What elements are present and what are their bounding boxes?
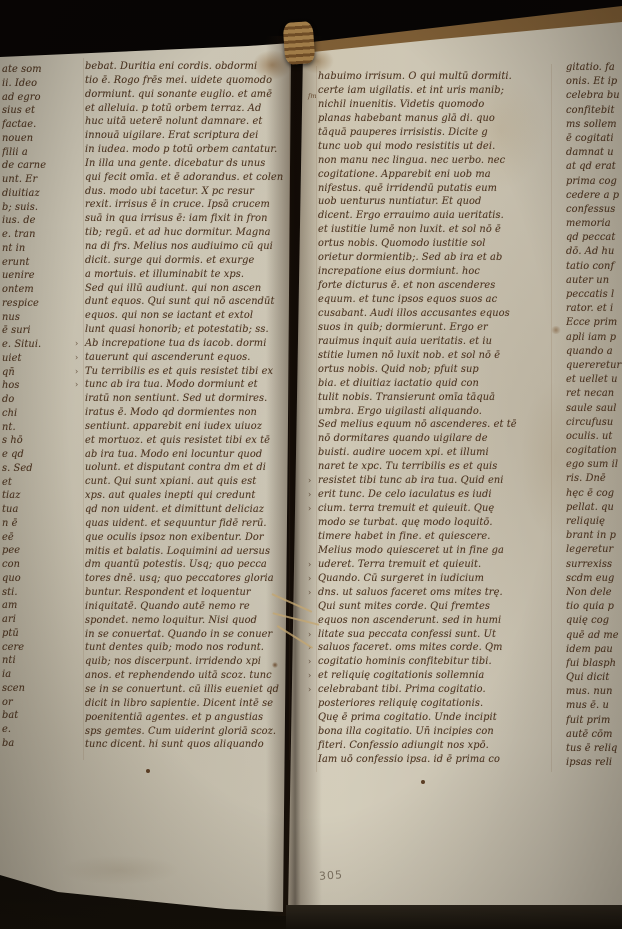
text-line: In illa una gente. dicebatur ds unus [85, 157, 293, 171]
line-text: resistet tibi tunc ab ira tua. Quid eni [318, 475, 504, 486]
line-text: fui blasph [566, 658, 616, 669]
line-text: brant in p [566, 530, 616, 541]
line-text: ab ira tua. Modo eni locuntur quod [85, 449, 262, 460]
diple-quote-mark: › [308, 474, 311, 488]
line-text: modo se turbat. quę modo loquitō. [318, 517, 493, 528]
text-line: ba [2, 737, 59, 751]
text-line: in iudea. modo p totū orbem cantatur. [85, 143, 293, 157]
line-text: dus. modo ubi tacetur. X pc resur [85, 186, 254, 197]
line-text: poenitentiā agentes. et p angustias [85, 712, 263, 723]
text-line: uiet [2, 352, 59, 366]
text-line: onis. Et ip [566, 75, 622, 89]
line-text: tio ē. Rogo frēs mei. uidete quomodo [85, 75, 272, 86]
line-text: ret necan [566, 388, 614, 399]
line-text: idem pau [566, 644, 613, 655]
line-text: umbra. Ergo uigilasti aliquando. [318, 406, 482, 417]
line-text: cusabant. Audi illos accusantes equos [318, 308, 510, 319]
line-text: tores dnē. usq; quo peccatores gloria [85, 573, 274, 584]
line-text: qd non uident. et dimittunt deliciaz [85, 504, 264, 515]
text-line: Non dele [566, 586, 622, 600]
text-line: ›cogitatio hominis confitebitur tibi. [318, 655, 552, 669]
text-line: e qd [2, 448, 59, 462]
line-text: nō dormitares quando uigilare de [318, 433, 488, 444]
text-line: nti [2, 654, 59, 668]
text-line: qd non uident. et dimittunt deliciaz [85, 503, 293, 517]
text-line: innouā uigilare. Erat scriptura dei [85, 129, 293, 143]
line-text: surrexiss [566, 559, 612, 570]
book-tail-edge [286, 905, 622, 929]
line-text: ms sollem [566, 119, 617, 130]
text-line: ii. Ideo [2, 77, 59, 91]
line-text: de carne [2, 160, 46, 171]
line-text: dunt equos. Qui sunt qui nō ascendūt [85, 296, 275, 307]
line-text: b; suis. [2, 202, 38, 213]
text-line: ›erit tunc. De celo iaculatus es iudi [318, 488, 552, 502]
text-line: sentiunt. apparebit eni iudex uiuoz [85, 420, 293, 434]
line-text: increpatione eius dormiunt. hoc [318, 266, 480, 277]
text-line: dicit. surge qui dormis. et exurge [85, 254, 293, 268]
line-text: fuit prim [566, 715, 610, 726]
text-line: dō. Ad hu [566, 245, 622, 259]
text-line: brant in p [566, 529, 622, 543]
line-text: mitis et balatis. Loquimini ad uersus [85, 546, 270, 557]
text-line: iratus ē. Modo qd dormientes non [85, 406, 293, 420]
line-text: et mortuoz. et quis resistet tibi ex tē [85, 435, 270, 446]
line-text: legeretur [566, 544, 613, 555]
line-text: scen [2, 683, 25, 694]
text-line: mitis et balatis. Loquimini ad uersus [85, 545, 293, 559]
line-text: hos [2, 380, 20, 391]
text-line: qn̄ [2, 366, 59, 380]
line-text: timere habet in fine. et quiescere. [318, 531, 490, 542]
text-line: de carne [2, 159, 59, 173]
text-line: et alleluia. p totū orbem terraz. Ad [85, 102, 293, 116]
text-line: forte dicturus ē. et non ascenderes [318, 279, 552, 293]
text-line: cunt. Qui sunt xpiani. aut quis est [85, 475, 293, 489]
text-line: Qui dicit [566, 671, 622, 685]
line-text: am [2, 600, 17, 611]
text-line: factae. [2, 118, 59, 132]
line-text: Iam uō confessio ipsa. id ē prima co [318, 754, 500, 765]
text-line: tio ē. Rogo frēs mei. uidete quomodo [85, 74, 293, 88]
line-text: uolunt. et disputant contra dm et di [85, 462, 266, 473]
text-line: tatio conf [566, 260, 622, 274]
line-text: at qd erat [566, 161, 616, 172]
line-text: erunt [2, 257, 30, 268]
text-line: fui blasph [566, 657, 622, 671]
text-line: eē [2, 531, 59, 545]
text-line: ›Ab increpatione tua ds iacob. dormi [85, 337, 293, 351]
text-line: ›et reliquię cogitationis sollemnia [318, 669, 552, 683]
text-line: buisti. audire uocem xpi. et illumi [318, 446, 552, 460]
line-text: litate sua peccata confessi sunt. Ut [318, 629, 496, 640]
diple-quote-mark: › [308, 669, 311, 683]
text-line: qui fecit omīa. et ē adorandus. et colen [85, 171, 293, 185]
line-text: ius. de [2, 215, 35, 226]
line-text: saule saul [566, 403, 617, 414]
text-line: ortus nobis. Quid nob; pfuit sup [318, 363, 552, 377]
text-line: autē cōm [566, 728, 622, 742]
text-line: quib; nos discerpunt. irridendo xpi [85, 655, 293, 669]
line-text: que oculis ipsoz non exibentur. Dor [85, 532, 264, 543]
line-text: ortus nobis. Quomodo iustitie sol [318, 238, 485, 249]
text-line: cusabant. Audi illos accusantes equos [318, 307, 552, 321]
text-line: ipsas reli [566, 756, 622, 770]
text-line: rexit. irrisus ē in cruce. Ipsā crucem [85, 198, 293, 212]
line-text: factae. [2, 119, 36, 130]
text-line: ›saluos faceret. oms mites corde. Qm [318, 641, 552, 655]
line-text: equos non ascenderunt. sed in humi [318, 615, 501, 626]
text-line: stitie lumen nō luxit nob. et sol nō ē [318, 349, 552, 363]
line-text: or [2, 697, 13, 708]
text-line: ›celebrabant tibi. Prima cogitatio. [318, 683, 552, 697]
margin-correction-mark: ſm [308, 92, 317, 100]
text-line: tulit nobis. Transierunt omīa tāquā [318, 391, 552, 405]
line-text: rexit. irrisus ē in cruce. Ipsā crucem [85, 199, 270, 210]
text-line: anos. et rephendendo uitā scoz. tunc [85, 669, 293, 683]
line-text: ad egro [2, 92, 41, 103]
text-line: fuit prim [566, 714, 622, 728]
line-text: bat [2, 710, 18, 721]
line-text: et reliquię cogitationis sollemnia [318, 670, 484, 681]
text-line: bia. et diuitiaz iactatio quid con [318, 377, 552, 391]
section-end-dot [421, 780, 425, 784]
line-text: a mortuis. et illuminabit te xps. [85, 269, 244, 280]
line-text: habuimo irrisum. O qui multū dormiti. [318, 71, 512, 82]
text-line: at qd erat [566, 160, 622, 174]
line-text: iratus ē. Modo qd dormientes non [85, 407, 257, 418]
line-text: dicent. Ergo errauimo auia ueritatis. [318, 210, 504, 221]
text-line: memoria [566, 217, 622, 231]
text-line: reliquię [566, 515, 622, 529]
diple-quote-mark: › [75, 337, 78, 351]
text-line: Ecce prim [566, 316, 622, 330]
text-line: Quę ē prima cogitatio. Unde incipit [318, 711, 552, 725]
text-line: erunt [2, 256, 59, 270]
line-text: do [2, 394, 14, 405]
text-line: scen [2, 682, 59, 696]
text-line: bona illa cogitatio. Un̄ incipies con [318, 725, 552, 739]
ruling-line [83, 58, 84, 760]
text-line: naret te xpc. Tu terribilis es et quis [318, 460, 552, 474]
text-line: ›Quando. Cū surgeret in iudicium [318, 572, 552, 586]
text-line: et [2, 476, 59, 490]
text-line: quando a [566, 345, 622, 359]
line-text: erit tunc. De celo iaculatus es iudi [318, 489, 492, 500]
text-line: gitatio. fa [566, 61, 622, 75]
diple-quote-mark: › [75, 365, 78, 379]
line-text: lunt quasi honorib; et potestatib; ss. [85, 324, 269, 335]
line-text: tus ē reliq [566, 743, 617, 754]
text-line: tua [2, 503, 59, 517]
text-line: mus ē. u [566, 699, 622, 713]
text-line: lunt quasi honorib; et potestatib; ss. [85, 323, 293, 337]
text-line: nichil inuenitis. Videtis quomodo [318, 98, 552, 112]
diple-quote-mark: › [75, 351, 78, 365]
line-text: fiteri. Confessio adiungit nos xpō. [318, 740, 489, 751]
line-text: e qd [2, 449, 24, 460]
text-line: dm quantū potestis. Usq; quo pecca [85, 558, 293, 572]
line-text: tiaz [2, 490, 20, 501]
line-text: respice [2, 298, 39, 309]
line-text: se in se conuertunt. cū illis eueniet qd [85, 684, 279, 695]
line-text: nti [2, 655, 16, 666]
text-line: unt. Er [2, 173, 59, 187]
text-line: pee [2, 544, 59, 558]
line-text: nifestus. quē irridendū putatis eum [318, 183, 497, 194]
text-line: cedere a p [566, 189, 622, 203]
line-text: quię cog [566, 615, 609, 626]
line-text: dō. Ad hu [566, 246, 614, 257]
text-line: sps gemtes. Cum uiderint gloriā scoz. [85, 725, 293, 739]
text-line: filii a [2, 146, 59, 160]
line-text: innouā uigilare. Erat scriptura dei [85, 130, 258, 141]
line-text: tunc uob qui modo resistitis ut dei. [318, 141, 495, 152]
text-line: respice [2, 297, 59, 311]
text-line: quas uident. et sequuntur fidē rerū. [85, 517, 293, 531]
diple-quote-mark: › [308, 488, 311, 502]
text-line: ad egro [2, 91, 59, 105]
line-text: confessus [566, 204, 615, 215]
line-text: iniquitatē. Quando autē nemo re [85, 601, 250, 612]
text-line: spondet. nemo loquitur. Nisi quod [85, 614, 293, 628]
line-text: gitatio. fa [566, 62, 615, 73]
line-text: damnat u [566, 147, 614, 158]
text-line: oculis. ut [566, 430, 622, 444]
text-line: nifestus. quē irridendū putatis eum [318, 182, 552, 196]
text-line: qd peccat [566, 231, 622, 245]
text-line: ›resistet tibi tunc ab ira tua. Quid eni [318, 474, 552, 488]
line-text: buntur. Respondent et loquentur [85, 587, 251, 598]
text-line: ›tunc ab ira tua. Modo dormiunt et [85, 378, 293, 392]
line-text: tulit nobis. Transierunt omīa tāquā [318, 392, 495, 403]
line-text: certe iam uigilatis. et int uris manib; [318, 85, 504, 96]
text-line: modo se turbat. quę modo loquitō. [318, 516, 552, 530]
text-line: sius et [2, 104, 59, 118]
text-line: iniquitatē. Quando autē nemo re [85, 600, 293, 614]
line-text: pellat. qu [566, 502, 614, 513]
line-text: quib; nos discerpunt. irridendo xpi [85, 656, 261, 667]
line-text: Non dele [566, 587, 612, 598]
text-line: equos non ascenderunt. sed in humi [318, 614, 552, 628]
line-text: Ab increpatione tua ds iacob. dormi [85, 338, 266, 349]
line-text: uiet [2, 353, 22, 364]
text-line: celebra bu [566, 89, 622, 103]
text-line: equum. et tunc ipsos equos suos ac [318, 293, 552, 307]
text-line: xps. aut quales inepti qui credunt [85, 489, 293, 503]
diple-quote-mark: › [75, 378, 78, 392]
text-line: sti. [2, 586, 59, 600]
line-text: uob uenturus nuntiatur. Et quod [318, 196, 481, 207]
line-text: suos in quib; dormierunt. Ergo er [318, 322, 488, 333]
line-text: equos. qui non se iactant et extol [85, 310, 253, 321]
text-line: nouen [2, 132, 59, 146]
text-line: tunt dentes quib; modo nos rodunt. [85, 641, 293, 655]
text-line: b; suis. [2, 201, 59, 215]
text-line: dicent. Ergo errauimo auia ueritatis. [318, 209, 552, 223]
right-page-text-column: habuimo irrisum. O qui multū dormiti.cer… [318, 70, 552, 767]
left-page-cropped-column: ate somii. Ideoad egrosius etfactae.noue… [2, 63, 59, 763]
text-line: nus [2, 311, 59, 325]
text-line: dus. modo ubi tacetur. X pc resur [85, 185, 293, 199]
line-text: reliquię [566, 516, 605, 527]
line-text: cogitatio hominis confitebitur tibi. [318, 656, 492, 667]
line-text: e. Situi. [2, 339, 41, 350]
line-text: mus. nun [566, 686, 613, 697]
line-text: naret te xpc. Tu terribilis es et quis [318, 461, 497, 472]
line-text: suā in qua irrisus ē: iam fixit in fron [85, 213, 268, 224]
line-text: iratū non sentiunt. Sed ut dormires. [85, 393, 267, 404]
text-line: cere [2, 641, 59, 655]
line-text: Sed qui illū audiunt. qui non ascen [85, 283, 261, 294]
line-text: nouen [2, 133, 33, 144]
text-line: bebat. Duritia eni cordis. obdormi [85, 60, 293, 74]
line-text: dormiunt. qui sonante euglio. et amē [85, 89, 272, 100]
line-text: filii a [2, 147, 28, 158]
text-line: que oculis ipsoz non exibentur. Dor [85, 531, 293, 545]
text-line: uolunt. et disputant contra dm et di [85, 461, 293, 475]
line-text: Sed melius equum nō ascenderes. et tē [318, 419, 517, 430]
line-text: orietur dormientib;. Sed ab ira et ab [318, 252, 502, 263]
line-text: bia. et diuitiaz iactatio quid con [318, 378, 479, 389]
line-text: qui fecit omīa. et ē adorandus. et colen [85, 172, 283, 183]
text-line: increpatione eius dormiunt. hoc [318, 265, 552, 279]
line-text: onis. Et ip [566, 76, 617, 87]
text-line: cogitatione. Apparebit eni uob ma [318, 168, 552, 182]
text-line: in se conuertat. Quando in se conuer [85, 628, 293, 642]
line-text: non manu nec lingua. nec uerbo. nec [318, 155, 505, 166]
line-text: celebra bu [566, 90, 620, 101]
text-line: quo [2, 572, 59, 586]
line-text: e. [2, 724, 11, 735]
line-text: in iudea. modo p totū orbem cantatur. [85, 144, 277, 155]
text-line: ortus nobis. Quomodo iustitie sol [318, 237, 552, 251]
line-text: huc uitā ueterē nolunt damnare. et [85, 116, 262, 127]
text-line: rauimus inquit auia ueritatis. et iu [318, 335, 552, 349]
line-text: chi [2, 408, 17, 419]
line-text: quando a [566, 346, 613, 357]
line-text: tunc dicent. hi sunt quos aliquando [85, 739, 264, 750]
line-text: prima cog [566, 176, 617, 187]
line-text: ego sum il [566, 459, 618, 470]
line-text: xps. aut quales inepti qui credunt [85, 490, 255, 501]
line-text: qd peccat [566, 232, 615, 243]
line-text: na di frs. Melius nos audiuimo cū qui [85, 241, 273, 252]
line-text: cedere a p [566, 190, 619, 201]
text-line: auter un [566, 274, 622, 288]
text-line: hos [2, 379, 59, 393]
line-text: ris. Dnē [566, 473, 606, 484]
line-text: dns. ut saluos faceret oms mites trę. [318, 587, 503, 598]
text-line: orietur dormientib;. Sed ab ira et ab [318, 251, 552, 265]
ruling-line [316, 66, 317, 772]
line-text: sti. [2, 587, 18, 598]
text-line: tores dnē. usq; quo peccatores gloria [85, 572, 293, 586]
text-line: na di frs. Melius nos audiuimo cū qui [85, 240, 293, 254]
line-text: tauerunt qui ascenderunt equos. [85, 352, 250, 363]
line-text: ortus nobis. Quid nob; pfuit sup [318, 364, 479, 375]
text-line: e. Situi. [2, 338, 59, 352]
line-text: rauimus inquit auia ueritatis. et iu [318, 336, 492, 347]
text-line: uob uenturus nuntiatur. Et quod [318, 195, 552, 209]
text-line: chi [2, 407, 59, 421]
line-text: peccatis l [566, 289, 614, 300]
line-text: tib; regū. et ad huc dormitur. Magna [85, 227, 271, 238]
line-text: unt. Er [2, 174, 37, 185]
text-line: buntur. Respondent et loquentur [85, 586, 293, 600]
text-line: pellat. qu [566, 501, 622, 515]
line-text: tāquā pauperes irrisistis. Dicite g [318, 127, 488, 138]
text-line: confitebit [566, 104, 622, 118]
line-text: ia [2, 669, 11, 680]
text-line: cogitation [566, 444, 622, 458]
text-line: or [2, 696, 59, 710]
line-text: ptū [2, 628, 19, 639]
line-text: dicit. surge qui dormis. et exurge [85, 255, 254, 266]
text-line: circufusu [566, 416, 622, 430]
text-line: bat [2, 709, 59, 723]
line-text: Quando. Cū surgeret in iudicium [318, 573, 484, 584]
text-line: posteriores reliquię cogitationis. [318, 697, 552, 711]
line-text: tua [2, 504, 18, 515]
text-line: ›cium. terra tremuit et quieuit. Quę [318, 502, 552, 516]
line-text: rator. et i [566, 303, 613, 314]
text-line: tiaz [2, 489, 59, 503]
text-line: ›Tu terribilis es et quis resistet tibi … [85, 365, 293, 379]
text-line: ari [2, 613, 59, 627]
line-text: sentiunt. apparebit eni iudex uiuoz [85, 421, 262, 432]
line-text: posteriores reliquię cogitationis. [318, 698, 483, 709]
line-text: ii. Ideo [2, 78, 37, 89]
text-line: tāquā pauperes irrisistis. Dicite g [318, 126, 552, 140]
text-line: Sed melius equum nō ascenderes. et tē [318, 418, 552, 432]
text-line: confessus [566, 203, 622, 217]
line-text: buisti. audire uocem xpi. et illumi [318, 447, 489, 458]
line-text: eē [2, 532, 14, 543]
line-text: quo [2, 573, 21, 584]
text-line: dunt equos. Qui sunt qui nō ascendūt [85, 295, 293, 309]
text-line: tio quia p [566, 600, 622, 614]
line-text: cium. terra tremuit et quieuit. Quę [318, 503, 494, 514]
text-line: peccatis l [566, 288, 622, 302]
text-line: planas habebant manus glā di. quo [318, 112, 552, 126]
line-text: tunc ab ira tua. Modo dormiunt et [85, 379, 258, 390]
line-text: scdm eug [566, 573, 614, 584]
text-line: prima cog [566, 175, 622, 189]
text-line: Iam uō confessio ipsa. id ē prima co [318, 753, 552, 767]
line-text: hęc ē cog [566, 488, 614, 499]
text-line: umbra. Ergo uigilasti aliquando. [318, 405, 552, 419]
line-text: pee [2, 545, 20, 556]
line-text: auter un [566, 275, 609, 286]
line-text: Quę ē prima cogitatio. Unde incipit [318, 712, 497, 723]
line-text: Melius modo quiesceret ut in fine ga [318, 545, 504, 556]
line-text: Qui sunt mites corde. Qui fremtes [318, 601, 490, 612]
line-text: quē ad me [566, 630, 619, 641]
line-text: cere [2, 642, 24, 653]
text-line: ē suri [2, 324, 59, 338]
line-text: in se conuertat. Quando in se conuer [85, 629, 272, 640]
text-line: a mortuis. et illuminabit te xps. [85, 268, 293, 282]
text-line: nt in [2, 242, 59, 256]
line-text: stitie lumen nō luxit nob. et sol nō ē [318, 350, 500, 361]
text-line: tus ē reliq [566, 742, 622, 756]
text-line: tib; regū. et ad huc dormitur. Magna [85, 226, 293, 240]
line-text: circufusu [566, 417, 613, 428]
line-text: ari [2, 614, 16, 625]
diple-quote-mark: › [308, 683, 311, 697]
text-line: suā in qua irrisus ē: iam fixit in fron [85, 212, 293, 226]
